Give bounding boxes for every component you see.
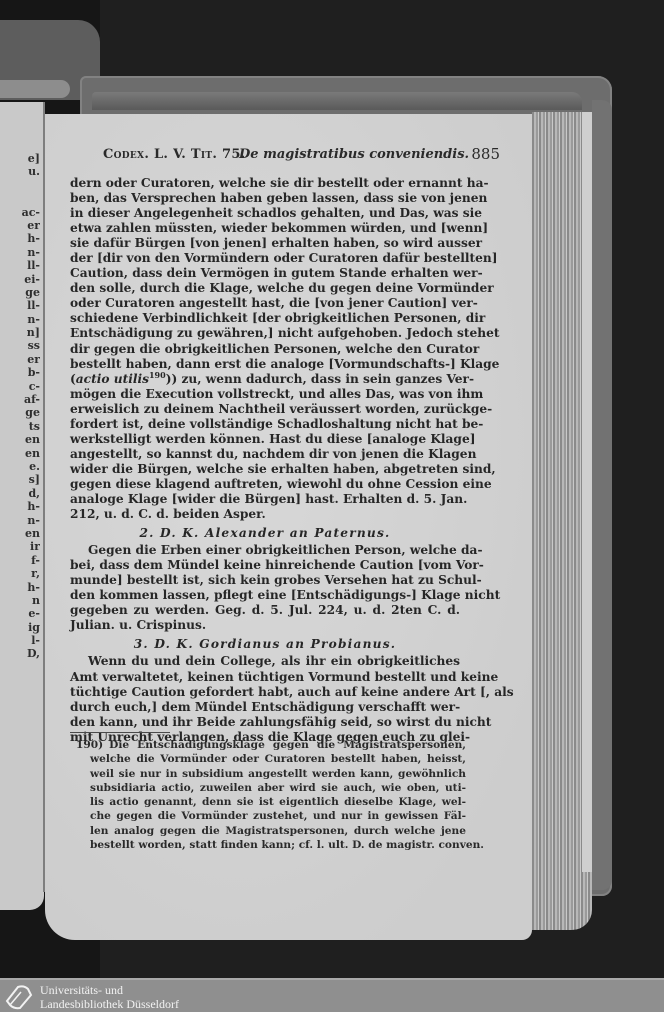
text-line: werkstelligt werden können. Hast du dies…	[70, 432, 460, 447]
fragment-line: c-	[0, 380, 40, 393]
fragment-line: ir	[0, 540, 40, 553]
fragment-line: ig	[0, 621, 40, 634]
footnote-text: Die Entschädigungsklage gegen die Magist…	[109, 739, 466, 751]
text-line: den solle, durch die Klage, welche du ge…	[70, 281, 460, 296]
text-line: gegeben zu werden. Geg. d. 5. Jul. 224, …	[70, 603, 460, 618]
text-line: tüchtige Caution gefordert habt, auch au…	[70, 685, 460, 700]
text-line: analoge Klage [wider die Bürgen] hast. E…	[70, 492, 460, 507]
text-line: dern oder Curatoren, welche sie dir best…	[70, 176, 460, 191]
library-name-line1: Universitäts- und	[40, 983, 179, 997]
fragment-line: D,	[0, 647, 40, 660]
running-head-code: Codex. L. V. Tit. 75.	[103, 147, 246, 162]
footnote-line: welche die Vormünder oder Curatoren best…	[76, 752, 466, 766]
fragment-line: n	[0, 594, 40, 607]
fragment-line: ge	[0, 406, 40, 419]
fragment-line: en	[0, 527, 40, 540]
footnote-line: len analog gegen die Magistratspersonen,…	[76, 824, 466, 838]
text-line: durch euch,] dem Mündel Entschädigung ve…	[70, 700, 460, 715]
fragment-line: af-	[0, 393, 40, 406]
text-line: Wenn du und dein College, als ihr ein ob…	[70, 654, 460, 669]
page-number: 885	[471, 145, 500, 163]
text-line: fordert ist, deine vollständige Schadlos…	[70, 417, 460, 432]
book-logo-icon	[4, 983, 34, 1011]
text-line-actio: (actio utilis190)) zu, wenn dadurch, das…	[70, 372, 460, 387]
fragment-line: h-	[0, 581, 40, 594]
fragment-line: n-	[0, 313, 40, 326]
text-line: Julian. u. Crispinus.	[70, 618, 460, 633]
text-line: Entschädigung zu gewähren,] nicht aufgeh…	[70, 326, 460, 341]
fragment-line: s]	[0, 473, 40, 486]
fragment-line: ll-	[0, 259, 40, 272]
fragment-line: e.	[0, 460, 40, 473]
fragment-line: en	[0, 447, 40, 460]
previous-page-text-fragments: e]u.ac-erh-n-ll-ei-gell-n-n]sserb-c-af-g…	[0, 152, 40, 661]
fragment-line: n-	[0, 246, 40, 259]
text-line: sie dafür Bürgen [von jenen] erhalten ha…	[70, 236, 460, 251]
fragment-line: ts	[0, 420, 40, 433]
text-line: schiedene Verbindlichkeit [der obrigkeit…	[70, 311, 460, 326]
text-line: der [dir von den Vormündern oder Curator…	[70, 251, 460, 266]
fragment-line: ac-	[0, 206, 40, 219]
text-line: 212, u. d. C. d. beiden Asper.	[70, 507, 460, 522]
fragment-line: en	[0, 433, 40, 446]
text-line: wider die Bürgen, welche sie erhalten ha…	[70, 462, 460, 477]
text-line: erweislich zu deinem Nachtheil veräusser…	[70, 402, 460, 417]
fragment-line: er	[0, 219, 40, 232]
fragment-line: h-	[0, 500, 40, 513]
page-stack-highlight	[582, 112, 592, 872]
footnote-number: 190)	[76, 739, 103, 751]
fragment-line: e]	[0, 152, 40, 165]
footnote-line: weil sie nur in subsidium angestellt wer…	[76, 767, 466, 781]
fragment-line: d,	[0, 487, 40, 500]
fragment-line: ge	[0, 286, 40, 299]
text-line: bestellt haben, dann erst die analoge [V…	[70, 357, 460, 372]
footnote-line: subsidiaria actio, zuweilen aber wird si…	[76, 781, 466, 795]
fragment-line: ei-	[0, 273, 40, 286]
text-line: etwa zahlen müssten, wieder bekommen wür…	[70, 221, 460, 236]
library-footer-bar: Universitäts- und Landesbibliothek Düsse…	[0, 978, 664, 1012]
book-board-right	[592, 100, 612, 890]
fragment-line: er	[0, 353, 40, 366]
footnote-line: 190)Die Entschädigungsklage gegen die Ma…	[76, 738, 466, 752]
text-line: ben, das Versprechen haben geben lassen,…	[70, 191, 460, 206]
footnote-line: bestellt worden, statt finden kann; cf. …	[76, 838, 466, 852]
text-line: munde] bestellt ist, sich kein grobes Ve…	[70, 573, 460, 588]
running-head-title: De magistratibus conveniendis.	[239, 147, 469, 162]
actio-utilis: actio utilis	[76, 372, 149, 386]
library-name-line2: Landesbibliothek Düsseldorf	[40, 997, 179, 1011]
footnote-ref-190[interactable]: 190	[149, 370, 166, 380]
fragment-line: u.	[0, 165, 40, 178]
text-line: in dieser Angelegenheit schadlos gehalte…	[70, 206, 460, 221]
library-name: Universitäts- und Landesbibliothek Düsse…	[40, 983, 179, 1011]
fragment-line: b-	[0, 366, 40, 379]
footnote-divider	[70, 732, 170, 733]
fragment-line: n]	[0, 326, 40, 339]
text-line: den kann, und ihr Beide zahlungsfähig se…	[70, 715, 460, 730]
fragment-line: h-	[0, 232, 40, 245]
text-line: Amt verwaltetet, keinen tüchtigen Vormun…	[70, 670, 460, 685]
text-line: dir gegen die obrigkeitlichen Personen, …	[70, 342, 460, 357]
section-heading-3: 3. D. K. Gordianus an Probianus.	[70, 637, 460, 652]
footnote-190: 190)Die Entschädigungsklage gegen die Ma…	[76, 738, 466, 852]
main-text: dern oder Curatoren, welche sie dir best…	[70, 176, 460, 745]
fragment-line: n-	[0, 514, 40, 527]
fragment-line	[0, 179, 40, 192]
running-head: Codex. L. V. Tit. 75. De magistratibus c…	[103, 147, 488, 165]
text-line: den kommen lassen, pflegt eine [Entschäd…	[70, 588, 460, 603]
text-line: angestellt, so kannst du, nachdem dir vo…	[70, 447, 460, 462]
text-line: mögen die Execution vollstreckt, und all…	[70, 387, 460, 402]
text-line: bei, dass dem Mündel keine hinreichende …	[70, 558, 460, 573]
footnote-line: che gegen die Vormünder zustehet, und nu…	[76, 809, 466, 823]
book-spine-band	[0, 80, 70, 98]
fragment-line: ss	[0, 339, 40, 352]
fragment-line: l-	[0, 634, 40, 647]
text-line: gegen diese klagend auftreten, wiewohl d…	[70, 477, 460, 492]
text-line: Gegen die Erben einer obrigkeitlichen Pe…	[70, 543, 460, 558]
book-top-edge	[92, 92, 582, 110]
fragment-line: ll-	[0, 299, 40, 312]
fragment-line: e-	[0, 607, 40, 620]
text-line: Caution, dass dein Vermögen in gutem Sta…	[70, 266, 460, 281]
fragment-line: f-	[0, 554, 40, 567]
section-heading-2: 2. D. K. Alexander an Paternus.	[70, 526, 460, 541]
fragment-line: r,	[0, 567, 40, 580]
text-line: oder Curatoren angestellt hast, die [von…	[70, 296, 460, 311]
text-line-rest: )) zu, wenn dadurch, dass in sein ganzes…	[166, 372, 474, 386]
footnote-line: lis actio genannt, denn sie ist eigentli…	[76, 795, 466, 809]
fragment-line	[0, 192, 40, 205]
